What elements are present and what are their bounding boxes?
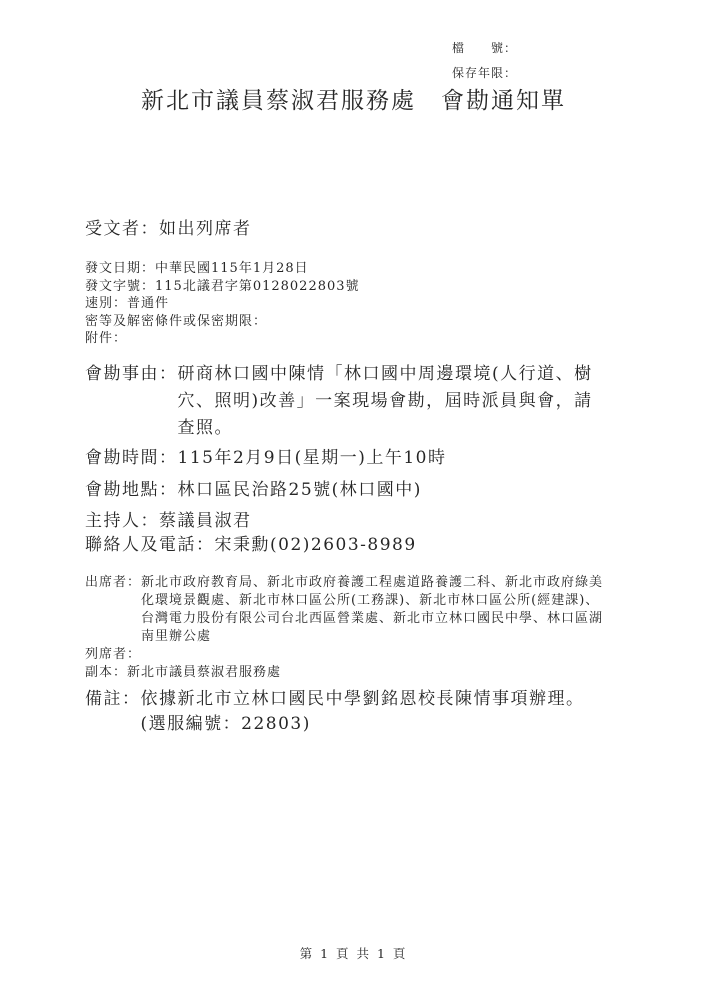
host-row: 主持人： 蔡議員淑君 (85, 509, 647, 533)
location-row: 會勘地點： 林口區民治路25號(林口國中) (85, 477, 647, 503)
doc-number-line: 發文字號：115北議君字第0128022803號 (85, 278, 647, 296)
page-indicator: 第 1 頁 共 1 頁 (0, 944, 707, 962)
document-title: 新北市議員蔡淑君服務處 會勘通知單 (0, 82, 707, 115)
time-row: 會勘時間： 115年2月9日(星期一)上午10時 (85, 445, 647, 471)
remarks-label: 備註： (85, 687, 141, 712)
meta-block: 發文日期：中華民國115年1月28日 發文字號：115北議君字第01280228… (85, 260, 647, 348)
cc-value: 新北市議員蔡淑君服務處 (127, 664, 647, 682)
host-label: 主持人： (85, 509, 159, 533)
recipient-line: 受文者：如出列席者 (85, 218, 647, 241)
observers-label: 列席者： (85, 646, 141, 664)
remarks-row: 備註： 依據新北市立林口國民中學劉銘恩校長陳情事項辦理。 (選服編號：22803… (85, 687, 647, 737)
issue-date-line: 發文日期：中華民國115年1月28日 (85, 260, 647, 278)
attachment-line: 附件： (85, 330, 647, 348)
time-label: 會勘時間： (85, 445, 178, 471)
host-value: 蔡議員淑君 (159, 509, 647, 533)
contact-row: 聯絡人及電話： 宋秉勳(02)2603-8989 (85, 533, 647, 557)
file-info-block: 檔 號： 保存年限： (452, 36, 517, 86)
priority-line: 速別：普通件 (85, 295, 647, 313)
subject-row: 會勘事由： 研商林口國中陳情「林口國中周邊環境(人行道、樹 穴、照明)改善」一案… (85, 361, 647, 442)
observers-row: 列席者： (85, 646, 647, 664)
subject-label: 會勘事由： (85, 361, 178, 388)
remarks-value: 依據新北市立林口國民中學劉銘恩校長陳情事項辦理。 (選服編號：22803) (141, 687, 648, 737)
time-value: 115年2月9日(星期一)上午10時 (178, 445, 648, 471)
participants-block: 出席者： 新北市政府教育局、新北市政府養護工程處道路養護二科、新北市政府綠美 化… (85, 574, 647, 682)
contact-value: 宋秉勳(02)2603-8989 (215, 533, 648, 557)
file-number-label: 檔 號： (452, 36, 517, 61)
document-page: 檔 號： 保存年限： 新北市議員蔡淑君服務處 會勘通知單 受文者：如出列席者 發… (0, 0, 707, 1000)
security-line: 密等及解密條件或保密期限： (85, 313, 647, 331)
attendees-label: 出席者： (85, 574, 141, 592)
attendees-row: 出席者： 新北市政府教育局、新北市政府養護工程處道路養護二科、新北市政府綠美 化… (85, 574, 647, 646)
attendees-value: 新北市政府教育局、新北市政府養護工程處道路養護二科、新北市政府綠美 化環境景觀處… (141, 574, 647, 646)
contact-label: 聯絡人及電話： (85, 533, 215, 557)
cc-label: 副本： (85, 664, 127, 682)
location-value: 林口區民治路25號(林口國中) (178, 477, 648, 503)
subject-value: 研商林口國中陳情「林口國中周邊環境(人行道、樹 穴、照明)改善」一案現場會勘，屆… (178, 361, 648, 442)
cc-row: 副本： 新北市議員蔡淑君服務處 (85, 664, 647, 682)
document-body: 受文者：如出列席者 發文日期：中華民國115年1月28日 發文字號：115北議君… (85, 218, 647, 737)
location-label: 會勘地點： (85, 477, 178, 503)
